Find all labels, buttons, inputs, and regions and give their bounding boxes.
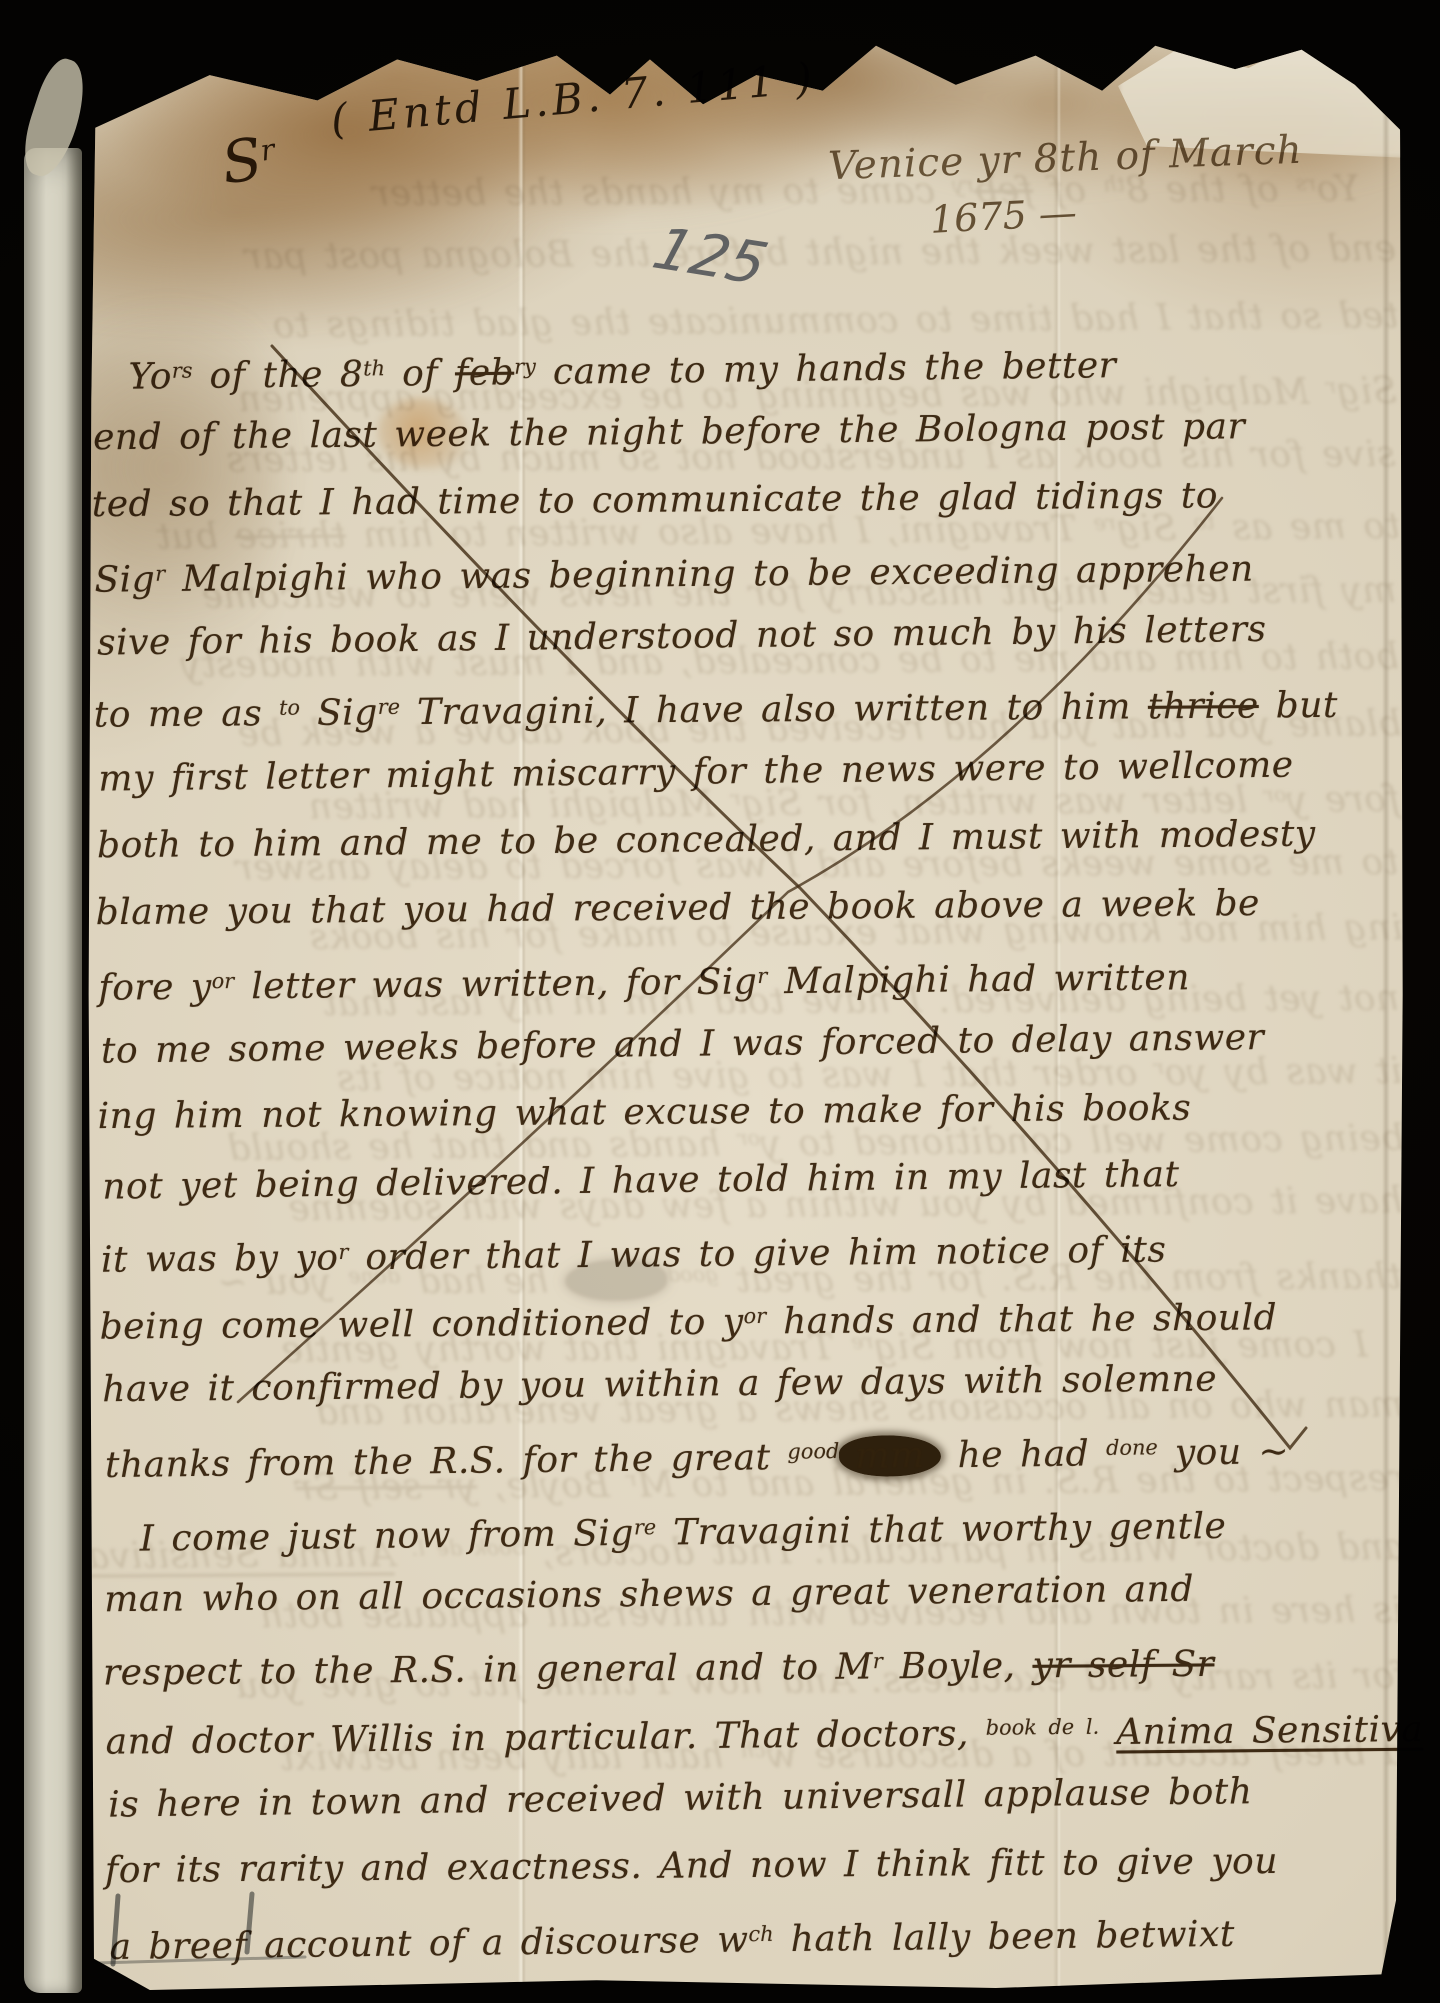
pencil-mark-horizontal [96, 1957, 305, 1963]
pen-stroke-diagonal-1 [272, 346, 1306, 1448]
pen-stroke-diagonal-2 [238, 498, 1222, 1402]
cancellation-strokes [0, 0, 1440, 2003]
pencil-mark-vertical-2 [247, 1894, 252, 1952]
pencil-mark-vertical-1 [113, 1896, 118, 1964]
photograph-stage: Yors of the 8th of febry came to my hand… [0, 0, 1440, 2003]
